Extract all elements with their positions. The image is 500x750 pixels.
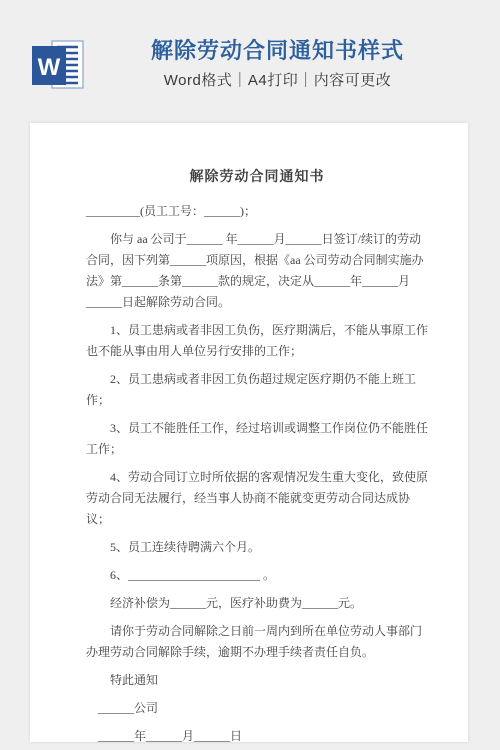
list-item-5: 5、员工连续待聘满六个月。 bbox=[86, 537, 428, 558]
notice-line: 特此通知 bbox=[86, 670, 428, 691]
document-body: 解除劳动合同通知书 _________(员工工号：______)； 你与 aa … bbox=[30, 123, 468, 747]
list-item-1: 1、员工患病或者非因工负伤，医疗期满后，不能从事原工作也不能从事由用人单位另行安… bbox=[86, 320, 428, 362]
instruction-paragraph: 请你于劳动合同解除之日前一周内到所在单位劳动人事部门办理劳动合同解除手续，逾期不… bbox=[86, 621, 428, 663]
intro-paragraph: 你与 aa 公司于______ 年______月______日签订/续订的劳动合… bbox=[86, 229, 428, 313]
document-page: 解除劳动合同通知书 _________(员工工号：______)； 你与 aa … bbox=[30, 123, 468, 742]
compensation-line: 经济补偿为______元，医疗补助费为______元。 bbox=[86, 593, 428, 614]
signature-company-line: ______公司 bbox=[86, 698, 428, 719]
page-subtitle: Word格式｜A4打印｜内容可更改 bbox=[55, 71, 500, 91]
list-item-6: 6、______________________ 。 bbox=[86, 565, 428, 586]
word-icon-letter: W bbox=[38, 54, 61, 81]
header-text-block: 解除劳动合同通知书样式 Word格式｜A4打印｜内容可更改 bbox=[55, 36, 500, 91]
list-item-3: 3、员工不能胜任工作，经过培训或调整工作岗位仍不能胜任工作； bbox=[86, 418, 428, 460]
list-item-2: 2、员工患病或者非因工负伤超过规定医疗期仍不能上班工作； bbox=[86, 369, 428, 411]
salutation-line: _________(员工工号：______)； bbox=[86, 201, 428, 222]
page-title: 解除劳动合同通知书样式 bbox=[55, 36, 500, 66]
word-icon-graphic: W bbox=[31, 38, 86, 93]
page-header: W 解除劳动合同通知书样式 Word格式｜A4打印｜内容可更改 bbox=[0, 0, 500, 91]
signature-date-line: ______年______月______日 bbox=[86, 726, 428, 747]
document-title: 解除劳动合同通知书 bbox=[86, 167, 428, 188]
list-item-4: 4、劳动合同订立时所依据的客观情况发生重大变化，致使原劳动合同无法履行，经当事人… bbox=[86, 467, 428, 530]
word-file-icon: W bbox=[31, 38, 86, 93]
